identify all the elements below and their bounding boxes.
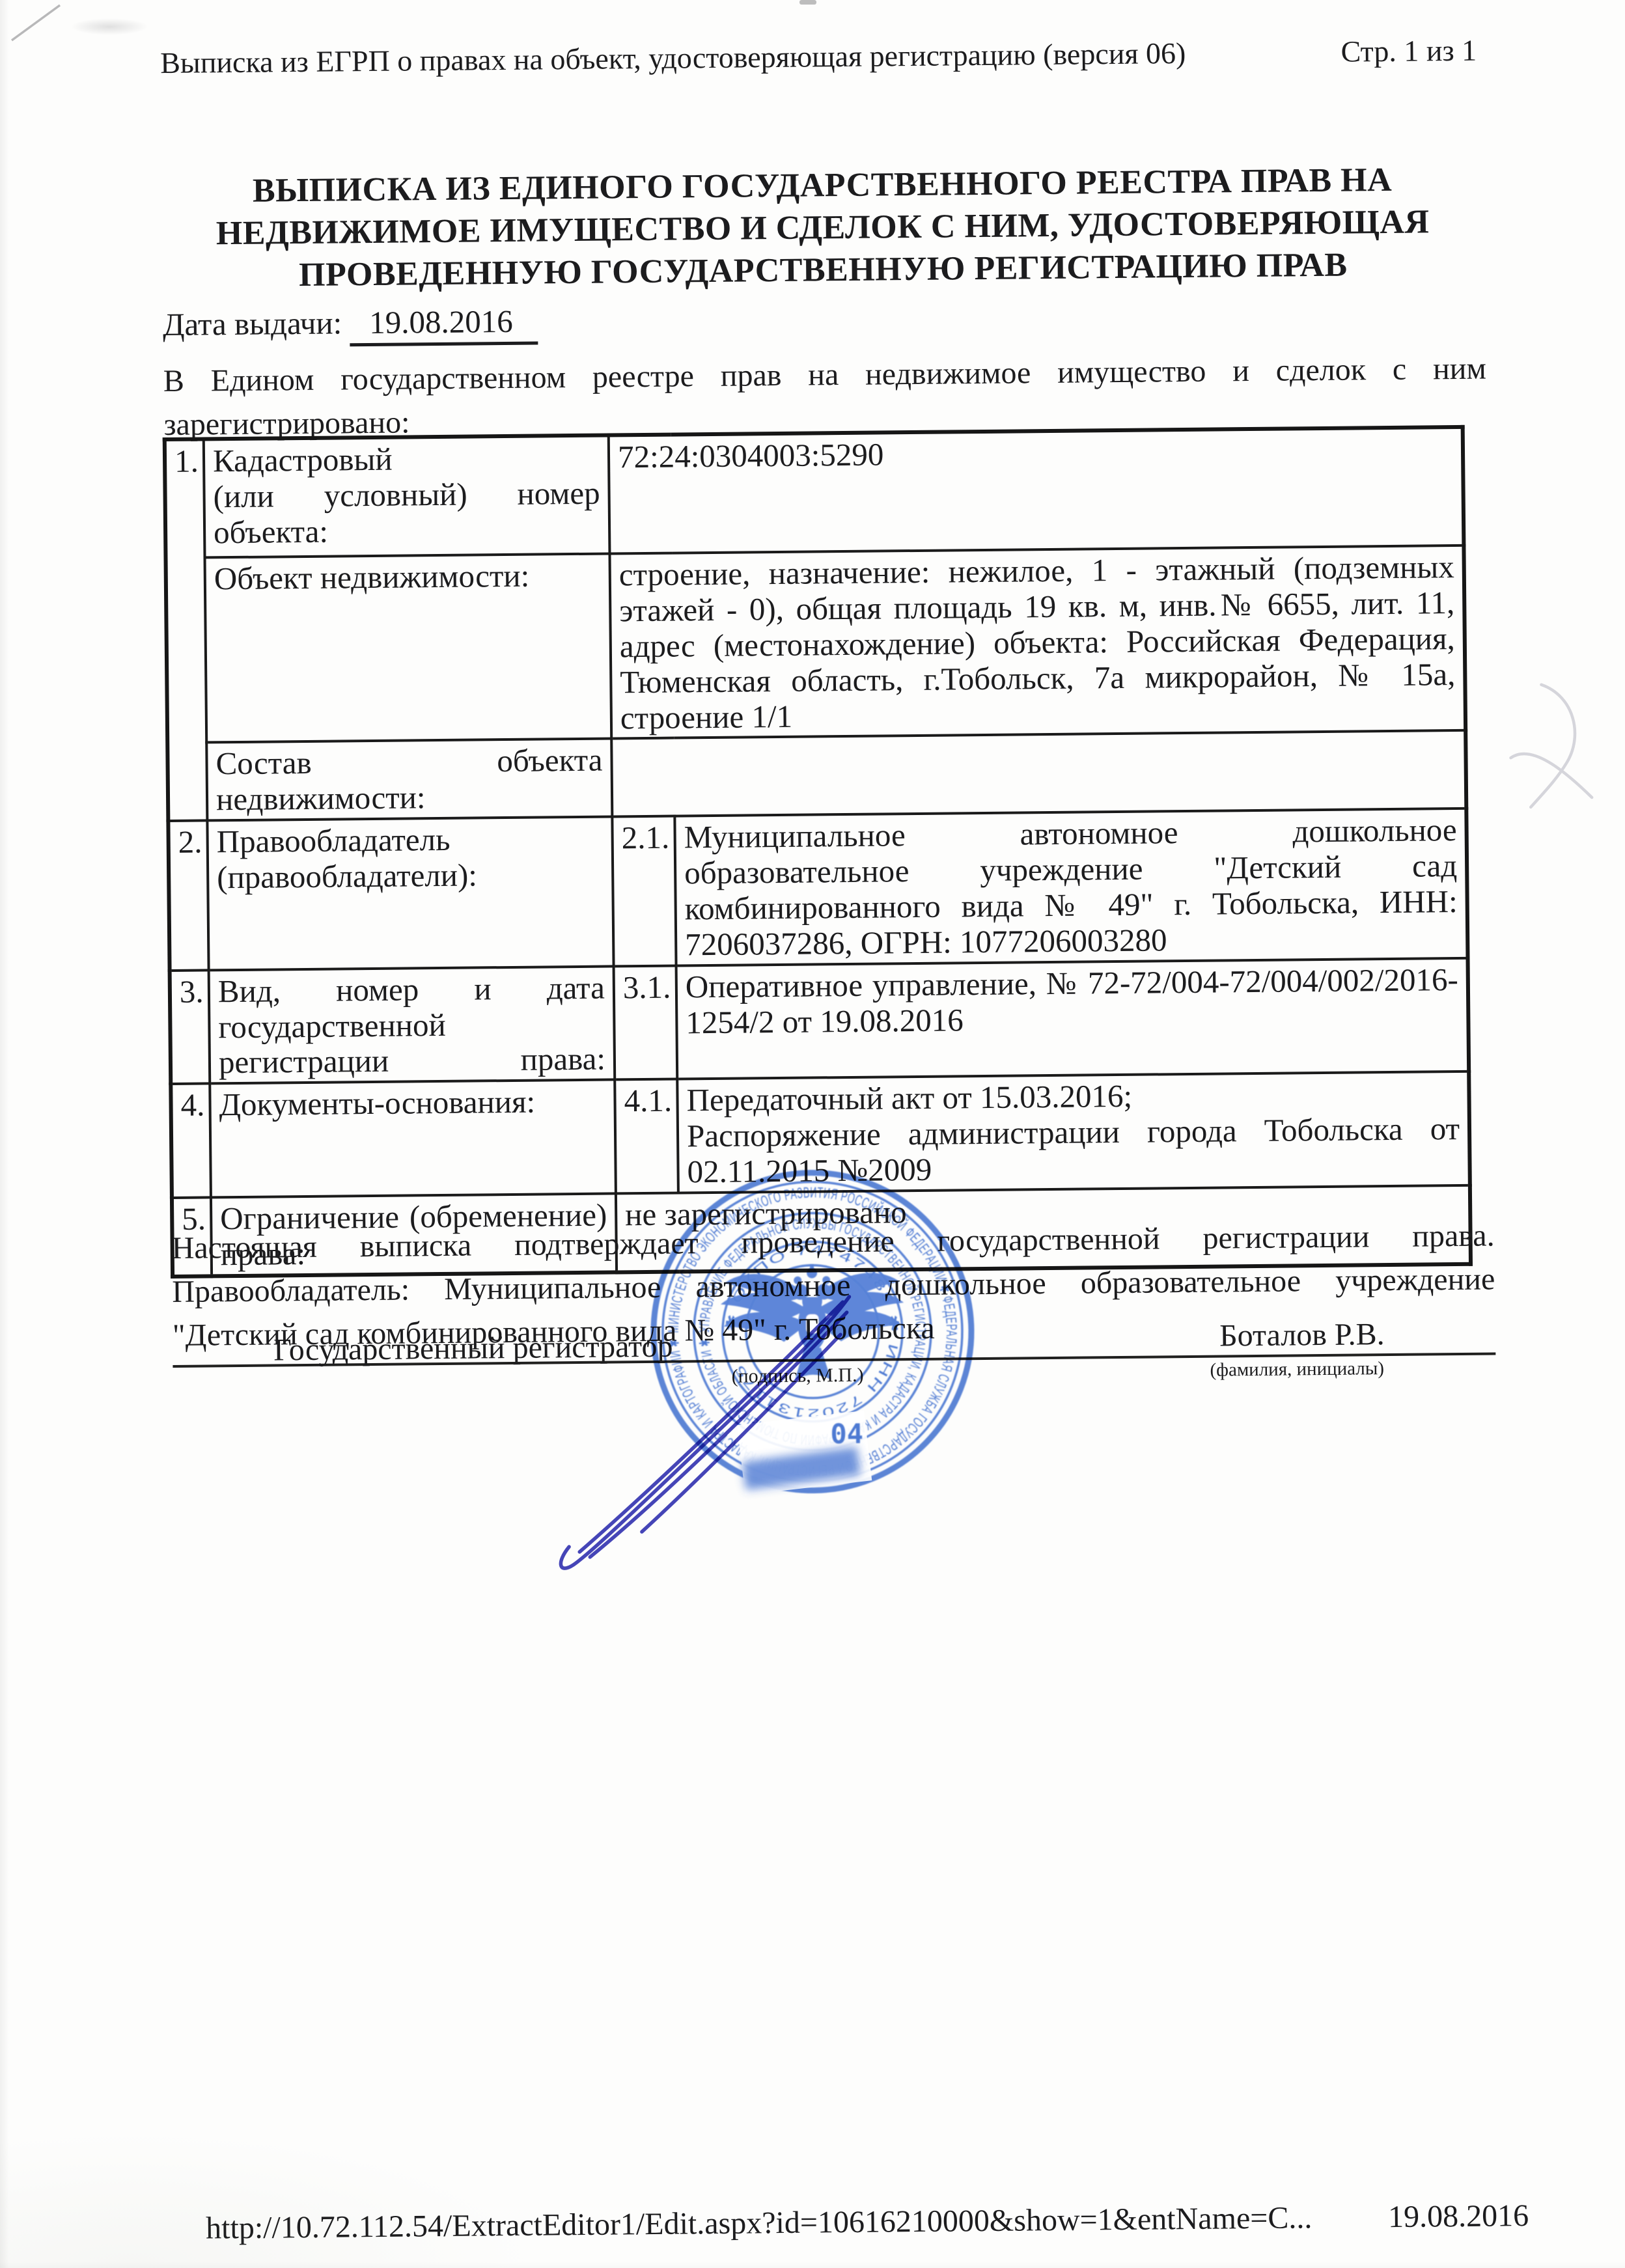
registration-value: Оперативное управление, № 72-72/004-72/0… [676, 958, 1469, 1079]
cadastral-number-value: 72:24:0304003:5290 [609, 427, 1464, 554]
rights-table: 1. Кадастровый (или условный) номер объе… [163, 425, 1473, 1279]
page-footer: http://10.72.112.54/ExtractEditor1/Edit.… [206, 2198, 1529, 2247]
rightholder-label: Правообладатель (правообладатели): [207, 817, 613, 970]
handwritten-signature [548, 1223, 902, 1591]
object-label: Объект недвижимости: [205, 553, 612, 742]
registration-label: Вид, номер и дата государственной регист… [209, 966, 615, 1084]
scanned-document-page: Выписка из ЕГРП о правах на объект, удос… [0, 0, 1625, 2268]
table-row-object: Объект недвижимости: строение, назначени… [166, 546, 1466, 743]
issue-date-label: Дата выдачи: [163, 305, 342, 342]
footer-date: 19.08.2016 [1388, 2198, 1529, 2235]
table-row-cadastral: 1. Кадастровый (или условный) номер объе… [165, 427, 1464, 558]
registrar-name: Боталов Р.В. [1219, 1316, 1385, 1353]
scan-content: Выписка из ЕГРП о правах на объект, удос… [0, 0, 1625, 2268]
page-header: Выписка из ЕГРП о правах на объект, удос… [160, 33, 1477, 80]
table-row-registration: 3. Вид, номер и дата государственной рег… [170, 958, 1469, 1084]
table-row-rightholder: 2. Правообладатель (правообладатели): 2.… [168, 809, 1467, 971]
issue-date-row: Дата выдачи:19.08.2016 [163, 303, 538, 349]
rightholder-subnumber: 2.1. [612, 816, 676, 966]
cadastral-number-label: Кадастровый (или условный) номер объекта… [204, 435, 610, 557]
signature-strokes [558, 1297, 852, 1568]
object-value: строение, назначение: нежилое, 1 - этажн… [609, 546, 1465, 739]
document-title: ВЫПИСКА ИЗ ЕДИНОГО ГОСУДАРСТВЕННОГО РЕЕС… [142, 158, 1504, 297]
composition-label: Состав объекта недвижимости: [206, 739, 612, 821]
issue-date-value: 19.08.2016 [350, 303, 538, 347]
name-note: (фамилия, инициалы) [1210, 1358, 1384, 1381]
row4-number: 4. [171, 1084, 211, 1198]
rightholder-value: Муниципальное автономное дошкольное обра… [674, 809, 1467, 965]
row2-number: 2. [168, 821, 208, 971]
footer-url: http://10.72.112.54/ExtractEditor1/Edit.… [206, 2200, 1312, 2246]
page-number: Стр. 1 из 1 [1301, 33, 1477, 70]
registration-subnumber: 3.1. [614, 965, 678, 1080]
header-caption: Выписка из ЕГРП о правах на объект, удос… [160, 36, 1186, 80]
row3-number: 3. [170, 970, 210, 1084]
composition-value [611, 730, 1466, 816]
table-row-composition: Состав объекта недвижимости: [167, 730, 1466, 821]
documents-label: Документы-основания: [210, 1080, 616, 1198]
row1-number: 1. [165, 439, 208, 821]
pencil-mark-artifact [1503, 678, 1622, 829]
